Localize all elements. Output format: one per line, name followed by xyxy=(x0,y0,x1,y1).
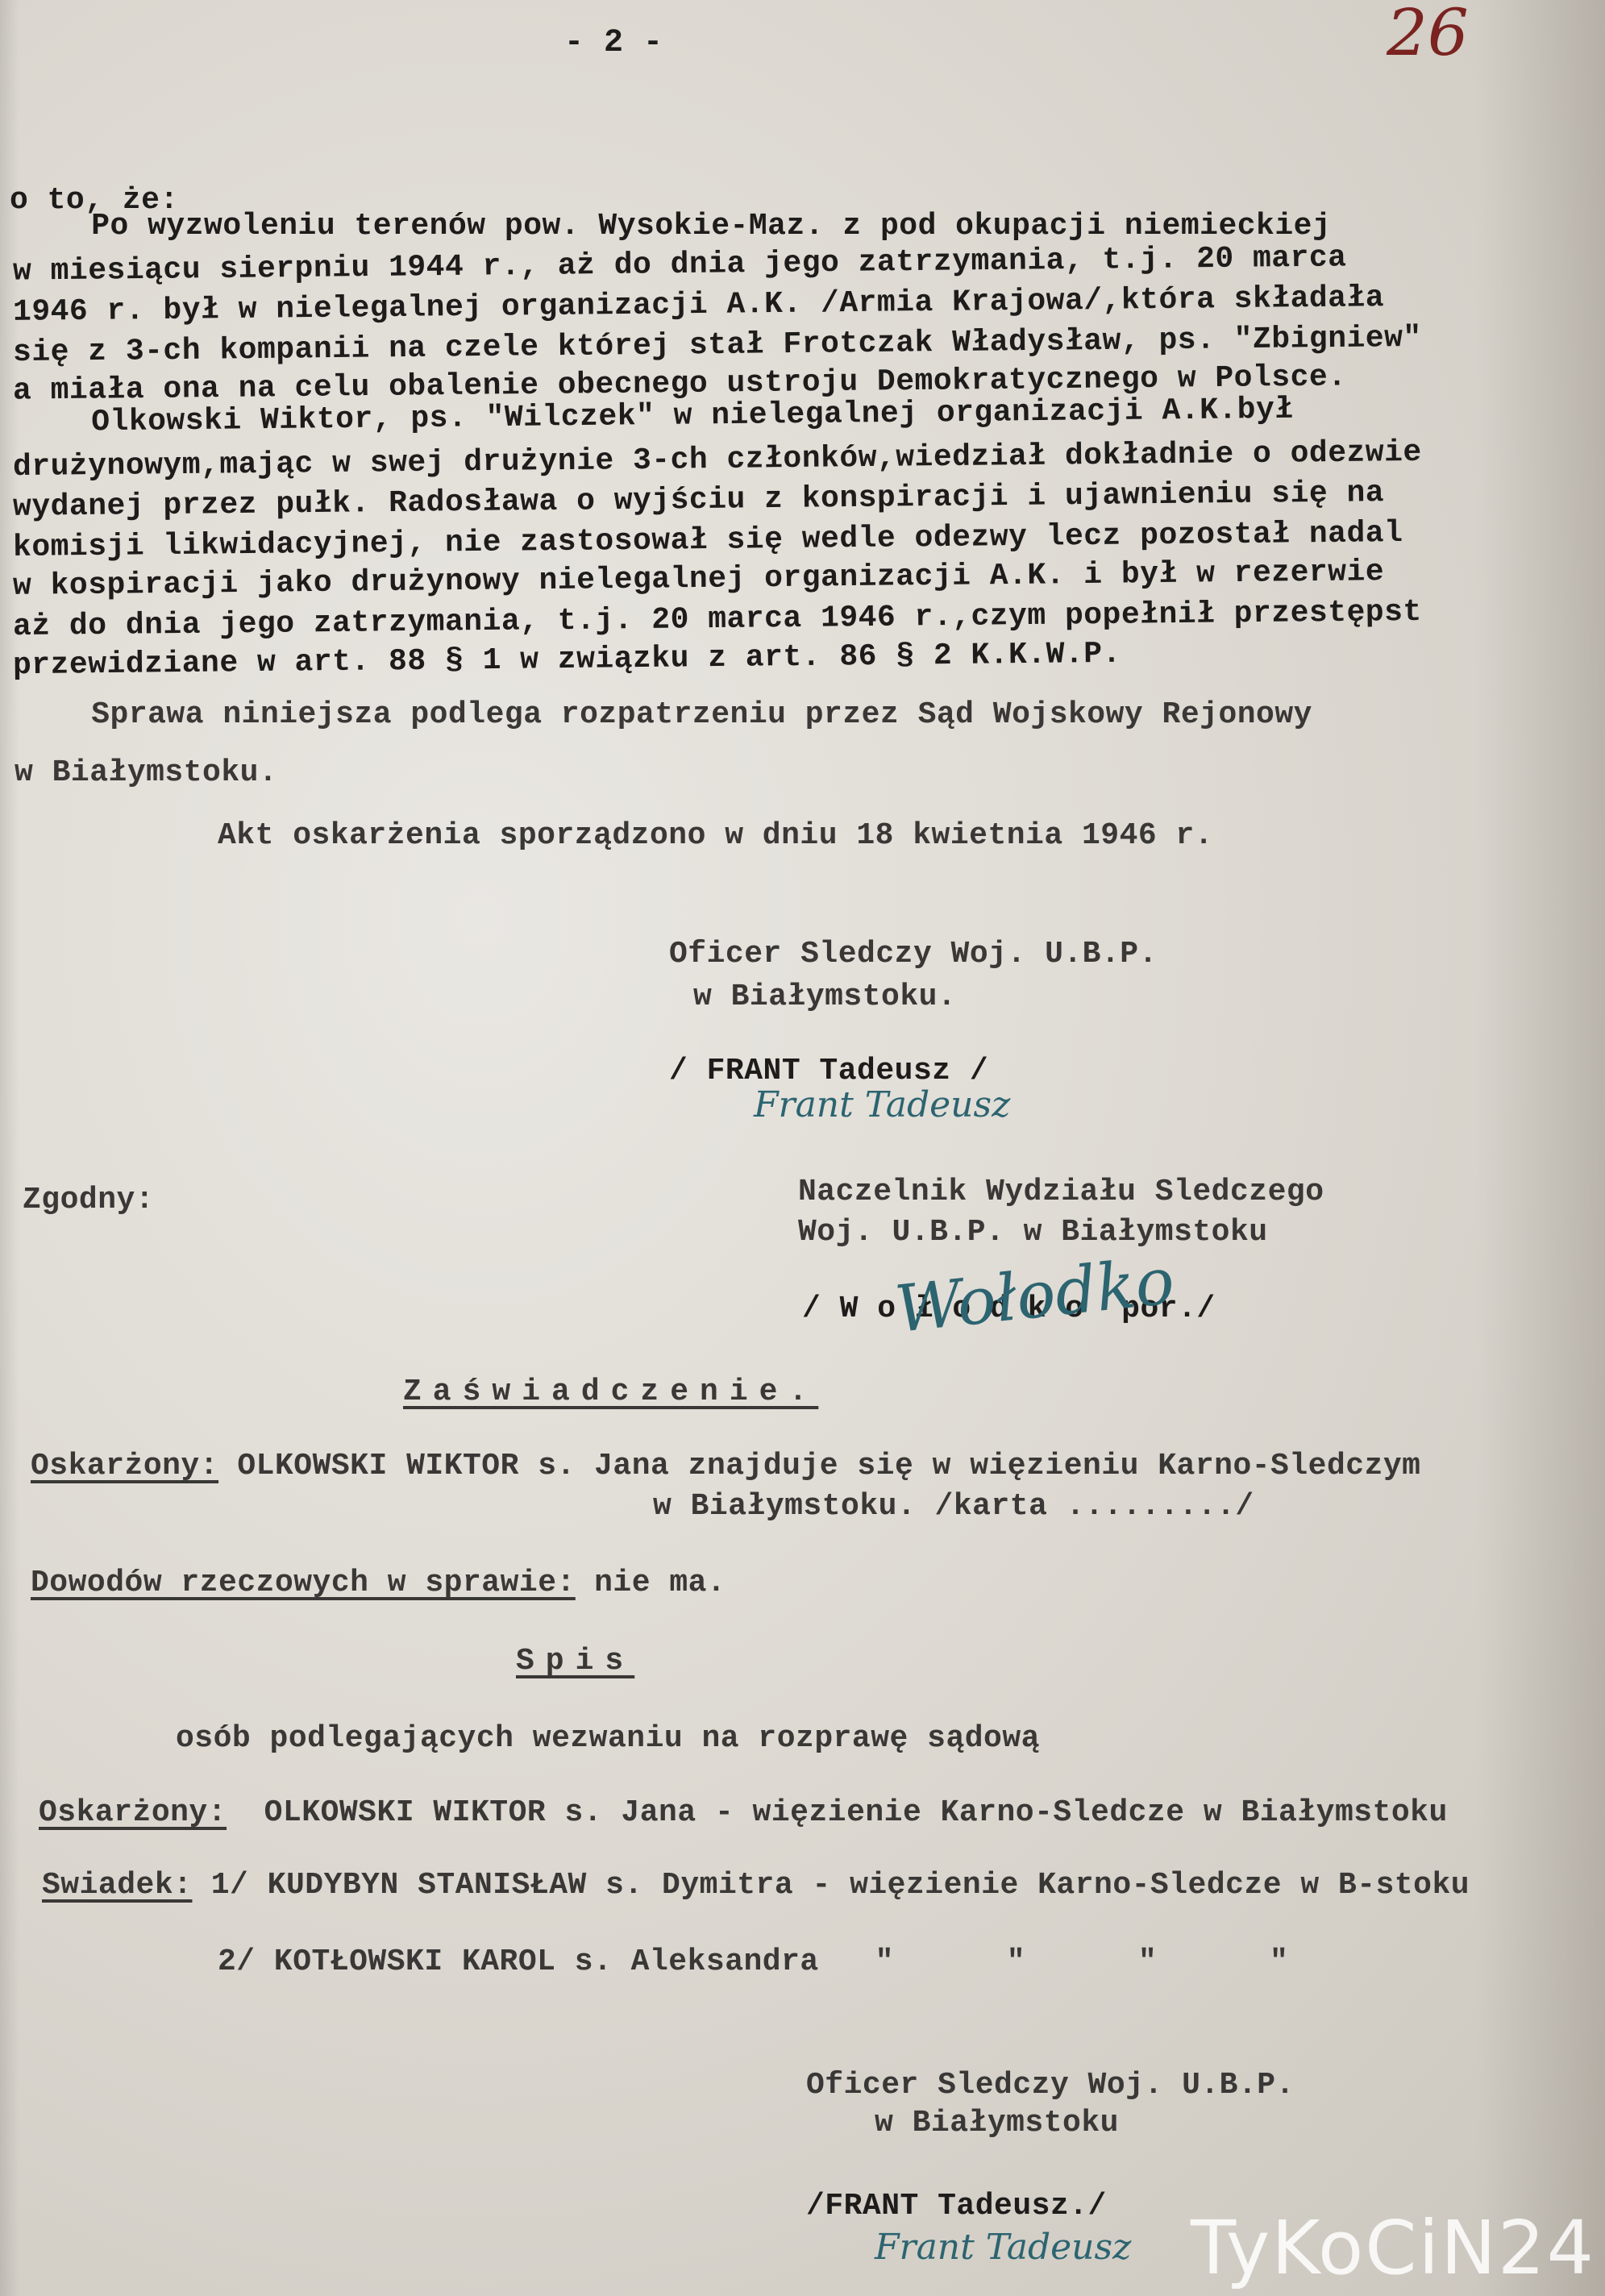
accused-label: Oskarżony: xyxy=(39,1795,227,1830)
handwritten-signature: Wołodko xyxy=(892,1243,1178,1347)
accused-line: Oskarżony: OLKOWSKI WIKTOR s. Jana znajd… xyxy=(31,1451,1420,1482)
text-line: 1946 r. był w nielegalnej organizacji A.… xyxy=(13,283,1384,328)
text-line: w kospiracji jako drużynowy nielegalnej … xyxy=(13,557,1384,602)
page-number: - 2 - xyxy=(564,27,663,60)
text-line: Po wyzwoleniu terenów pow. Wysokie-Maz. … xyxy=(16,211,1331,242)
witness-entry: 1/ KUDYBYN STANISŁAW s. Dymitra - więzie… xyxy=(192,1868,1470,1903)
text-line: aż do dnia jego zatrzymania, t.j. 20 mar… xyxy=(13,597,1422,643)
signatory-name: /FRANT Tadeusz./ xyxy=(806,2191,1107,2222)
signatory-name: / FRANT Tadeusz / xyxy=(669,1056,988,1087)
text-line: wydanej przez pułk. Radosława o wyjściu … xyxy=(13,478,1384,523)
text-line: przewidziane w art. 88 § 1 w związku z a… xyxy=(13,639,1121,681)
watermark-logo: TyKoCiN24 xyxy=(1191,2205,1595,2291)
signatory-title: Oficer Sledczy Woj. U.B.P. xyxy=(806,2070,1295,2101)
accused-text: OLKOWSKI WIKTOR s. Jana znajduje się w w… xyxy=(218,1449,1420,1483)
signatory-location: w Białymstoku xyxy=(875,2108,1119,2139)
evidence-value: nie ma. xyxy=(576,1566,726,1600)
handwritten-signature: Frant Tadeusz xyxy=(754,1084,1010,1125)
list-subtitle: osób podlegających wezwaniu na rozprawę … xyxy=(176,1724,1040,1754)
signatory-title: Oficer Sledczy Woj. U.B.P. xyxy=(669,939,1158,970)
accused-entry: OLKOWSKI WIKTOR s. Jana - więzienie Karn… xyxy=(227,1795,1448,1830)
document-page: - 2 - 26 o to, że: Po wyzwoleniu terenów… xyxy=(0,0,1605,2296)
approval-label: Zgodny: xyxy=(23,1185,154,1216)
evidence-line: Dowodów rzeczowych w sprawie: nie ma. xyxy=(31,1568,726,1599)
archive-number-handwritten: 26 xyxy=(1387,0,1469,70)
certificate-heading: Zaświadczenie. xyxy=(403,1377,818,1408)
approver-office: Woj. U.B.P. w Białymstoku xyxy=(798,1217,1268,1248)
accused-location: w Białymstoku. /karta ........./ xyxy=(653,1491,1254,1522)
text-line: drużynowym,mając w swej drużynie 3-ch cz… xyxy=(13,438,1422,483)
approver-title: Naczelnik Wydziału Sledczego xyxy=(798,1177,1324,1208)
list-witness-row: Swiadek: 1/ KUDYBYN STANISŁAW s. Dymitra… xyxy=(42,1870,1470,1901)
text-line: w Białymstoku. xyxy=(15,758,277,788)
handwritten-signature: Frant Tadeusz xyxy=(875,2227,1131,2268)
list-heading: Spis xyxy=(516,1646,634,1677)
list-accused-row: Oskarżony: OLKOWSKI WIKTOR s. Jana - wię… xyxy=(39,1798,1448,1828)
indictment-date: Akt oskarżenia sporządzono w dniu 18 kwi… xyxy=(218,821,1213,851)
text-line: w miesiącu sierpniu 1944 r., aż do dnia … xyxy=(13,243,1347,287)
evidence-label: Dowodów rzeczowych w sprawie: xyxy=(31,1566,576,1600)
witness-entry: 2/ KOTŁOWSKI KAROL s. Aleksandra " " " " xyxy=(218,1947,1288,1978)
accused-label: Oskarżony: xyxy=(31,1449,218,1483)
text-line: Sprawa niniejsza podlega rozpatrzeniu pr… xyxy=(16,700,1312,730)
witness-label: Swiadek: xyxy=(42,1868,192,1903)
signatory-location: w Białymstoku. xyxy=(693,982,956,1013)
